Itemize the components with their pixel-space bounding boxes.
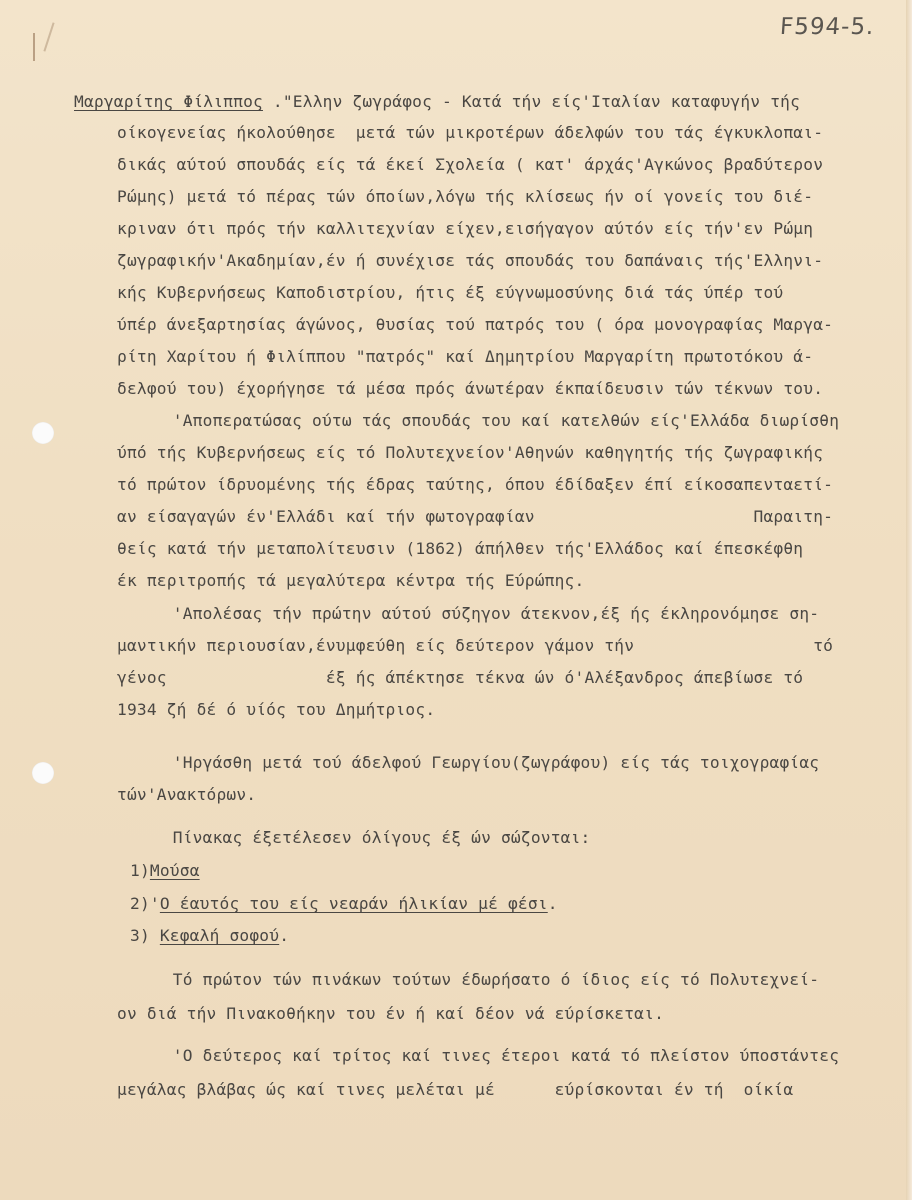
archive-reference-number: F594-5. — [779, 14, 875, 40]
text-line: οίκογενείας ήκολούθησε μετά τών μικροτέρ… — [117, 123, 823, 142]
text-line: μεγάλας βλάβας ώς καί τινες μελέται μέ ε… — [117, 1080, 793, 1099]
text-line: ζωγραφικήν'Ακαδημίαν,έν ή συνέχισε τάς σ… — [117, 251, 823, 270]
text-line: τό πρώτον ίδρυομένης τής έδρας ταύτης, ό… — [117, 475, 833, 494]
text-line: γένος έξ ής άπέκτησε τέκνα ών ό'Αλέξανδρ… — [117, 668, 803, 687]
text-line: 'Ηργάσθη μετά τού άδελφού Γεωργίου(ζωγρά… — [133, 753, 819, 772]
pencil-mark — [33, 33, 35, 61]
text-line: κής Κυβερνήσεως Καποδιστρίου, ήτις έξ εύ… — [117, 283, 783, 302]
pencil-mark — [43, 22, 54, 51]
text-line: μαντικήν περιουσίαν,ένυμφεύθη είς δεύτερ… — [117, 636, 833, 655]
text-line: κριναν ότι πρός τήν καλλιτεχνίαν είχεν,ε… — [117, 219, 813, 238]
text-line: Τό πρώτον τών πινάκων τούτων έδωρήσατο ό… — [133, 970, 819, 989]
text-line: έκ περιτροπής τά μεγαλύτερα κέντρα τής Ε… — [117, 571, 584, 590]
text-line: τών'Ανακτόρων. — [117, 785, 256, 804]
text-line: δικάς αύτού σπουδάς είς τά έκεί Σχολεία … — [117, 155, 823, 174]
painting-title: Ο έαυτός του είς νεαράν ήλικίαν μέ φέσι — [160, 894, 548, 913]
text-line: δελφού του) έχορήγησε τά μέσα πρός άνωτέ… — [117, 379, 823, 398]
painting-title: Μούσα — [150, 861, 200, 880]
subject-name: Μαργαρίτης Φίλιππος — [74, 92, 263, 111]
text-line: αν είσαγαγών έν'Ελλάδι καί τήν φωτογραφί… — [117, 507, 833, 526]
painting-item: 2)'Ο έαυτός του είς νεαράν ήλικίαν μέ φέ… — [130, 894, 558, 913]
text-line: Μαργαρίτης Φίλιππος ."Ελλην ζωγράφος - Κ… — [74, 92, 800, 111]
text-line: θείς κατά τήν μεταπολίτευσιν (1862) άπήλ… — [117, 539, 803, 558]
text-line: ύπό τής Κυβερνήσεως είς τό Πολυτεχνείον'… — [117, 443, 823, 462]
punch-hole — [32, 762, 54, 784]
painting-title: Κεφαλή σοφού — [160, 926, 279, 945]
punch-hole — [32, 422, 54, 444]
painting-item: 1)Μούσα — [130, 861, 200, 880]
painting-item: 3) Κεφαλή σοφού. — [130, 926, 289, 945]
text-line: 'Απολέσας τήν πρώτην αύτού σύζηγον άτεκν… — [133, 604, 819, 623]
text-line: 'Ο δεύτερος καί τρίτος καί τινες έτεροι … — [133, 1046, 839, 1065]
text-line: ον διά τήν Πινακοθήκην του έν ή καί δέον… — [117, 1004, 664, 1023]
page-edge — [906, 0, 912, 1200]
text-line: ρίτη Χαρίτου ή Φιλίππου "πατρός" καί Δημ… — [117, 347, 813, 366]
text-line: 1934 ζή δέ ό υίός του Δημήτριος. — [117, 700, 435, 719]
text-line: ύπέρ άνεξαρτησίας άγώνος, θυσίας τού πατ… — [117, 315, 833, 334]
text-line: Ρώμης) μετά τό πέρας τών όποίων,λόγω τής… — [117, 187, 813, 206]
text-line: Πίνακας έξετέλεσεν όλίγους έξ ών σώζοντα… — [133, 828, 591, 847]
text-line: 'Αποπερατώσας ούτω τάς σπουδάς του καί κ… — [133, 411, 839, 430]
document-page: F594-5. Μαργαρίτης Φίλιππος ."Ελλην ζωγρ… — [0, 0, 912, 1200]
